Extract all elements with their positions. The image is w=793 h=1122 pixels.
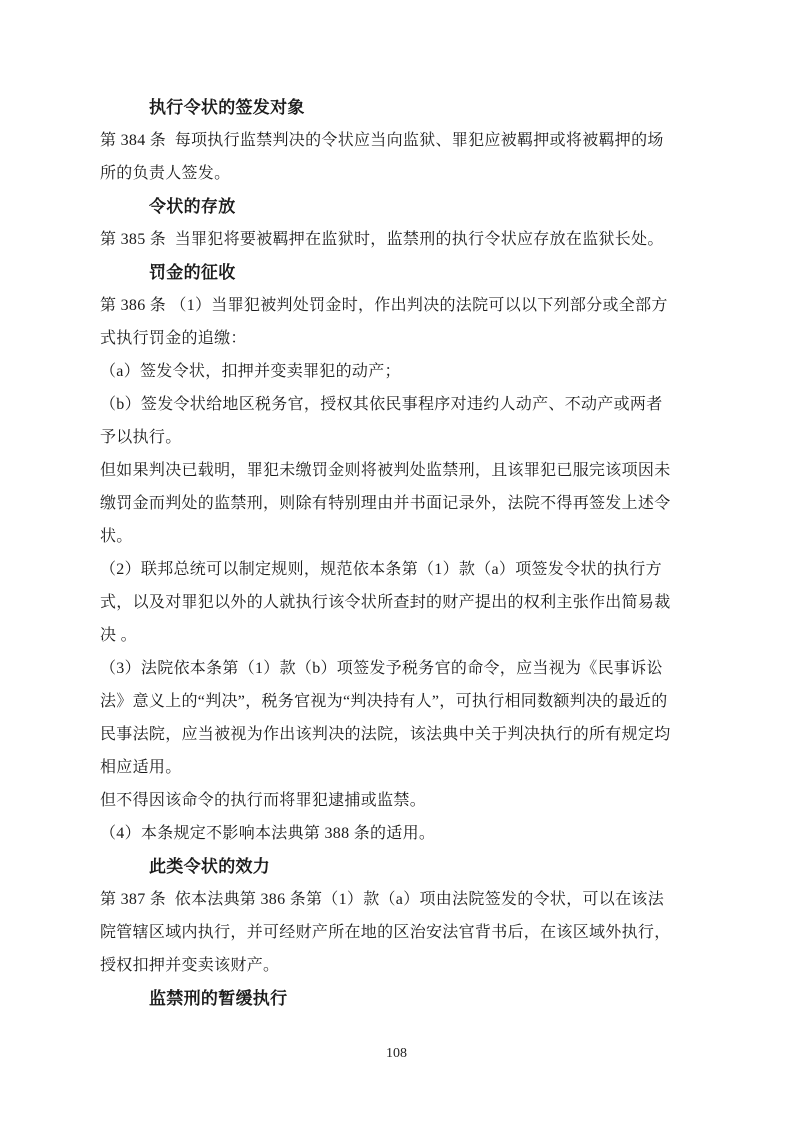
section-heading: 监禁刑的暂缓执行 bbox=[100, 982, 680, 1015]
text-line: 式执行罚金的追缴： bbox=[100, 322, 680, 355]
text-line: 决 。 bbox=[100, 619, 680, 652]
text-line: （b）签发令状给地区税务官，授权其依民事程序对违约人动产、不动产或两者 bbox=[100, 388, 680, 421]
text-line: 院管辖区域内执行，并可经财产所在地的区治安法官背书后，在该区域外执行， bbox=[100, 916, 680, 949]
document-page: 执行令状的签发对象 第 384 条 每项执行监禁判决的令状应当向监狱、罪犯应被羁… bbox=[0, 0, 793, 1122]
text-line: （2）联邦总统可以制定规则，规范依本条第（1）款（a）项签发令状的执行方 bbox=[100, 553, 680, 586]
document-body: 执行令状的签发对象 第 384 条 每项执行监禁判决的令状应当向监狱、罪犯应被羁… bbox=[100, 91, 680, 1015]
text-line: 缴罚金而判处的监禁刑，则除有特别理由并书面记录外，法院不得再签发上述令 bbox=[100, 487, 680, 520]
text-line: （3）法院依本条第（1）款（b）项签发予税务官的命令，应当视为《民事诉讼 bbox=[100, 652, 680, 685]
text-line: 第 387 条 依本法典第 386 条第（1）款（a）项由法院签发的令状，可以在… bbox=[100, 883, 680, 916]
text-line: 第 386 条 （1）当罪犯被判处罚金时，作出判决的法院可以以下列部分或全部方 bbox=[100, 289, 680, 322]
text-line: 相应适用。 bbox=[100, 751, 680, 784]
text-line: 予以执行。 bbox=[100, 421, 680, 454]
text-line: 但如果判决已载明，罪犯未缴罚金则将被判处监禁刑，且该罪犯已服完该项因未 bbox=[100, 454, 680, 487]
section-heading: 此类令状的效力 bbox=[100, 850, 680, 883]
text-line: 法》意义上的“判决”，税务官视为“判决持有人”，可执行相同数额判决的最近的 bbox=[100, 685, 680, 718]
text-line: 第 385 条 当罪犯将要被羁押在监狱时，监禁刑的执行令状应存放在监狱长处。 bbox=[100, 223, 680, 256]
text-line: 第 384 条 每项执行监禁判决的令状应当向监狱、罪犯应被羁押或将被羁押的场 bbox=[100, 124, 680, 157]
text-line: 状。 bbox=[100, 520, 680, 553]
text-line: （a）签发令状，扣押并变卖罪犯的动产； bbox=[100, 355, 680, 388]
text-line: 式，以及对罪犯以外的人就执行该令状所查封的财产提出的权利主张作出简易裁 bbox=[100, 586, 680, 619]
section-heading: 令状的存放 bbox=[100, 190, 680, 223]
text-line: 授权扣押并变卖该财产。 bbox=[100, 949, 680, 982]
text-line: 所的负责人签发。 bbox=[100, 157, 680, 190]
text-line: 民事法院，应当被视为作出该判决的法院，该法典中关于判决执行的所有规定均 bbox=[100, 718, 680, 751]
section-heading: 执行令状的签发对象 bbox=[100, 91, 680, 124]
page-number: 108 bbox=[0, 1044, 793, 1064]
text-line: （4）本条规定不影响本法典第 388 条的适用。 bbox=[100, 817, 680, 850]
text-line: 但不得因该命令的执行而将罪犯逮捕或监禁。 bbox=[100, 784, 680, 817]
section-heading: 罚金的征收 bbox=[100, 256, 680, 289]
